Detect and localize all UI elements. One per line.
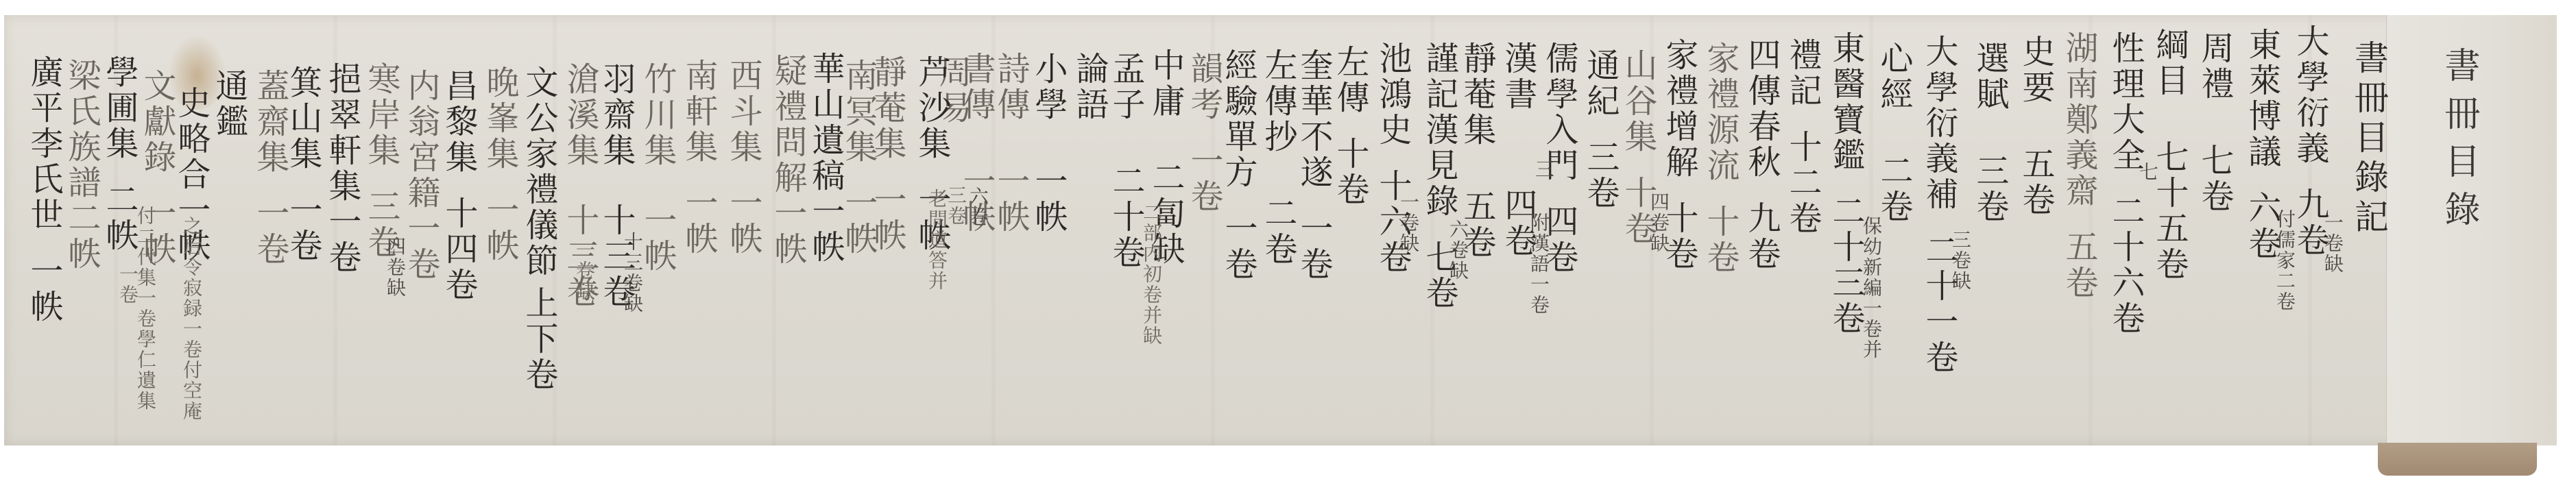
entry-note: 七 [2138,162,2157,182]
entry: 大學衍義補二十一卷 [1923,34,1955,376]
entry: 東醫寶鑑二十三卷 [1829,31,1862,337]
entry: 疑禮問解一帙 [771,53,804,267]
entry-note: 六卷缺 [1448,219,1467,281]
entry-note: 付儒家二卷 [2275,209,2294,312]
entry: 挹翠軒集一卷 [326,62,359,276]
entry: 左傳抄二卷 [1262,48,1295,267]
entry: 韻考一卷 [1188,51,1220,215]
entry: 經驗單方一卷 [1222,48,1255,282]
scroll-roller [2378,443,2537,476]
entry: 寒岸集三卷 [365,62,398,260]
entry-note: 四卷缺 [1649,192,1668,254]
entry: 學圃集二帙 [103,55,136,254]
entry: 西斗集一帙 [727,58,760,257]
entry-note: 附漢語一卷 [1529,212,1548,315]
entry: 史要五卷 [2019,34,2052,218]
entry: 詩傳一帙 [994,51,1027,235]
entry: 通紀三卷 [1584,48,1617,211]
entry: 性理大全二十六卷 [2109,31,2142,337]
document-title: 書冊目錄 [2441,47,2477,238]
entry: 晚峯集一帙 [483,65,516,264]
entry: 周禮七卷 [2198,31,2231,215]
entry: 竹川集一帙 [641,62,674,274]
entry: 綱目七十五卷 [2153,27,2186,282]
entry: 心經二卷 [1877,41,1910,225]
entry: 文公家禮儀節上下卷 [522,65,555,393]
entry-note: 六卷 [968,186,987,228]
entry-note: 一卷缺 [1399,192,1418,254]
entry: 南冥集一帙 [842,58,875,257]
entry: 内翁宮籍一卷 [405,69,437,282]
entry: 梁氏族譜二帙 [65,58,98,272]
entry: 湖南鄭義齋五卷 [2062,31,2095,301]
entry: 左傳十卷 [1334,45,1367,208]
entry-note: 一卷缺 [575,240,594,302]
entry: 通鑑 [213,69,245,140]
entry: 論語 [1073,51,1106,123]
entry: 禮記十二卷 [1786,38,1819,236]
entry-note: 三卷缺 [1951,230,1970,291]
entry-note-superscript: 三 [1534,159,1553,180]
entry: 四傳春秋九卷 [1745,38,1778,272]
entry-note: 十三卷缺 [623,232,642,314]
entry-note: 老問道答并 [927,188,946,291]
entry-note: 四卷缺 [385,236,405,298]
entry-note: 保幼新編一卷并 [1862,216,1881,360]
entry-note: 一卷缺 [2323,212,2342,274]
entry: 箕山集一卷 [287,65,320,264]
entry-note: 付二代集一卷學仁遺集 [136,206,155,411]
entry-note: 一卷 [118,264,137,305]
entry: 蓋齋集一卷 [254,69,287,267]
entry: 選賦三卷 [1973,41,2006,225]
entry: 奎華不遂一卷 [1297,48,1330,282]
entry-note: 之后令寂録一卷付空庵 [182,216,201,421]
entry: 家禮源流十卷 [1704,41,1737,276]
entry: 昌黎集十四卷 [442,69,475,303]
entry: 孟子二十卷 [1109,51,1142,271]
entry: 廣平李氏世一帙 [27,55,60,325]
catalogue-heading: 書冊目錄記 [2352,40,2386,238]
entry: 華山遺稿一帙 [809,51,842,265]
entry: 小學一帙 [1032,51,1065,235]
entry: 南軒集一帙 [682,58,715,257]
